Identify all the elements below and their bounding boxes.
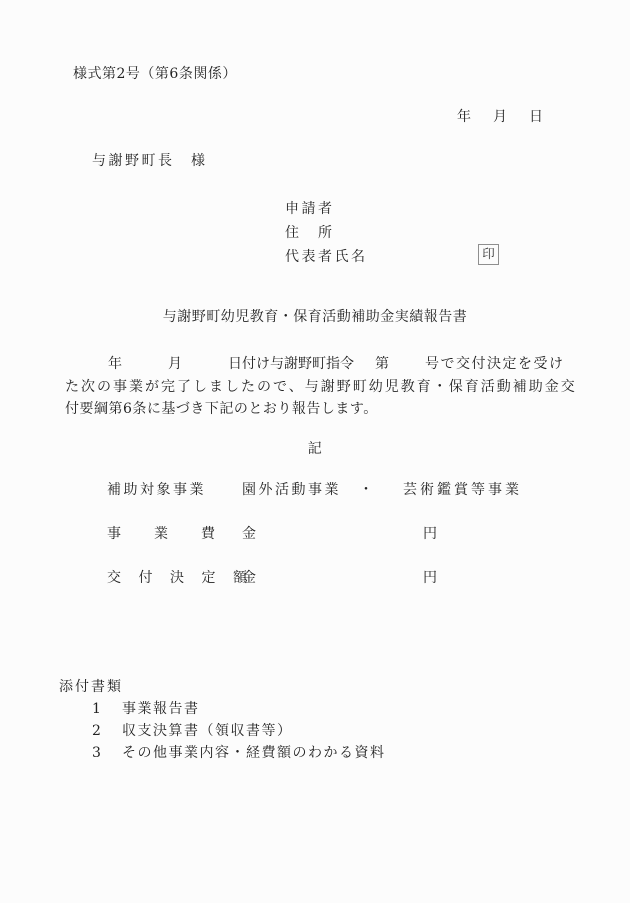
body-line-2: た次の事業が完了しましたので、与謝野町幼児教育・保育活動補助金交 [65,378,577,396]
representative-name-label: 代表者氏名 [285,248,368,266]
record-marker: 記 [0,440,630,458]
attachment-item-number: 3 [92,744,101,762]
attachments-heading: 添付書類 [59,678,123,696]
document-page: 様式第2号（第6条関係） 年 月 日 与謝野町長 様 申請者 住 所 代表者氏名… [0,0,630,903]
body-dai-label: 第 [375,355,389,373]
body-blank-month: 月 [168,355,182,373]
form-number: 様式第2号（第6条関係） [73,65,237,83]
applicant-heading: 申請者 [285,200,335,218]
subsidy-target-option-2: 芸術鑑賞等事業 [403,481,522,499]
attachment-item-number: 2 [92,722,101,740]
seal-mark: 印 [482,248,495,261]
subsidy-target-label: 補助対象事業 [107,481,206,499]
body-blank-year: 年 [108,355,122,373]
project-cost-suffix: 円 [423,525,437,543]
seal-box: 印 [478,244,499,265]
document-title: 与謝野町幼児教育・保育活動補助金実績報告書 [0,308,630,326]
applicant-address-label: 住 所 [285,224,335,242]
grant-amount-label: 交付決定額 [107,569,265,587]
attachment-item-text: 収支決算書（領収書等） [122,722,293,740]
addressee: 与謝野町長 様 [92,152,208,170]
attachment-item-text: その他事業内容・経費額のわかる資料 [122,744,386,762]
date-blank-line: 年 月 日 [457,108,547,126]
grant-amount-prefix: 金 [242,569,256,587]
subsidy-target-separator: ・ [359,481,373,499]
project-cost-prefix: 金 [242,525,256,543]
grant-amount-suffix: 円 [423,569,437,587]
attachment-item-text: 事業報告書 [122,700,200,718]
body-line-3: 付要綱第6条に基づき下記のとおり報告します。 [65,400,378,418]
body-number-tail: 号で交付決定を受け [425,355,565,373]
subsidy-target-option-1: 園外活動事業 [242,481,341,499]
attachment-item-number: 1 [92,700,101,718]
body-directive-text: 日付け与謝野町指令 [228,355,354,373]
project-cost-label: 事業費 [107,525,248,543]
